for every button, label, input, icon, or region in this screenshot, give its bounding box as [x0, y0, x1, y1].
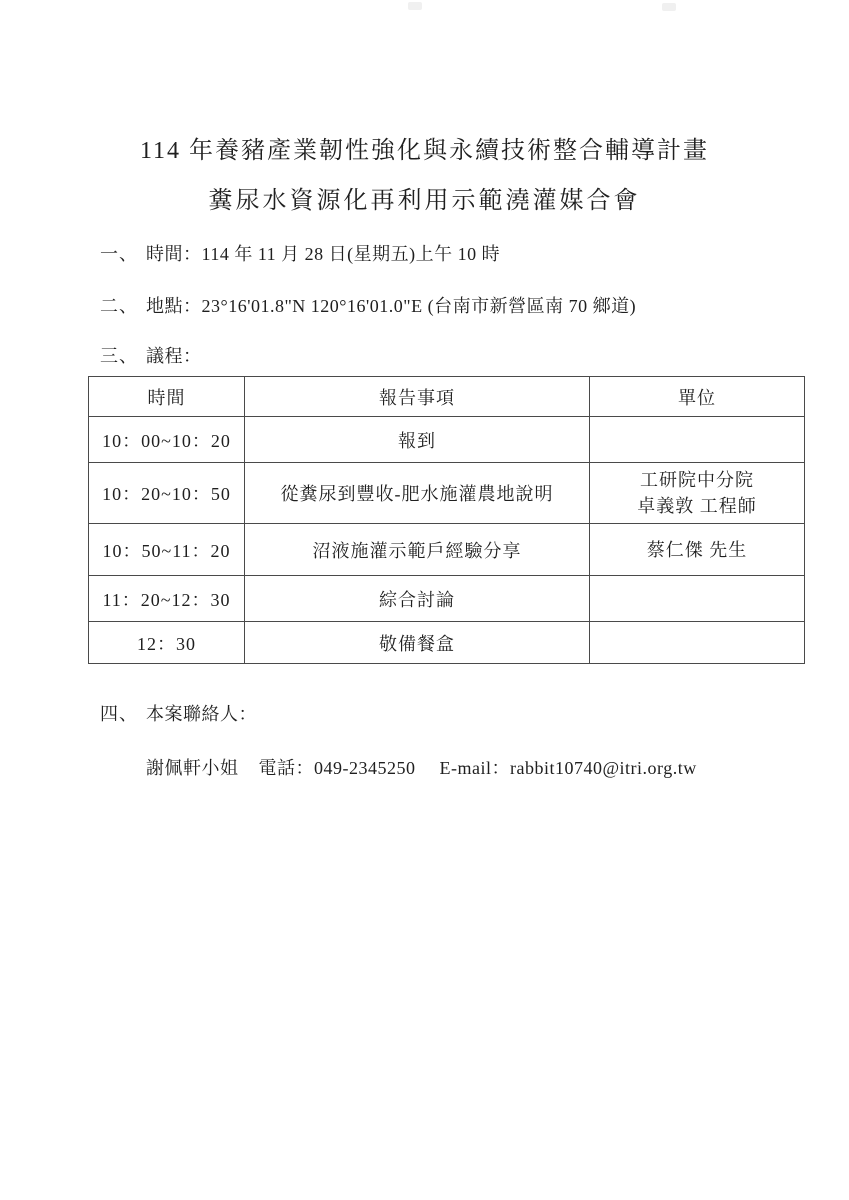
agenda-header-row: 時間 報告事項 單位 — [89, 377, 805, 417]
agenda-cell-unit — [590, 576, 805, 622]
agenda-header-topic: 報告事項 — [245, 377, 590, 417]
item-location: 二、 地點：23°16'01.8"N 120°16'01.0"E (台南市新營區… — [100, 294, 849, 318]
agenda-header-unit: 單位 — [590, 377, 805, 417]
contact-name: 謝佩軒小姐 — [146, 758, 239, 778]
agenda-cell-time: 10：50~11：20 — [89, 524, 245, 576]
agenda-cell-topic: 敬備餐盒 — [245, 622, 590, 664]
document-subtitle: 糞尿水資源化再利用示範澆灌媒合會 — [30, 186, 819, 216]
contact-email: E-mail：rabbit10740@itri.org.tw — [440, 758, 697, 778]
agenda-cell-topic: 綜合討論 — [245, 576, 590, 622]
agenda-cell-unit — [590, 622, 805, 664]
agenda-unit-line: 工研院中分院 — [594, 467, 800, 493]
document-page: 114 年養豬產業韌性強化與永續技術整合輔導計畫 糞尿水資源化再利用示範澆灌媒合… — [0, 0, 849, 1200]
agenda-unit-line: 蔡仁傑 先生 — [594, 537, 800, 563]
item-agenda: 三、 議程： — [100, 344, 849, 368]
agenda-cell-time: 11：20~12：30 — [89, 576, 245, 622]
agenda-row: 12：30敬備餐盒 — [89, 622, 805, 664]
item-label: 時間：114 年 11 月 28 日(星期五)上午 10 時 — [146, 242, 500, 266]
item-time: 一、 時間：114 年 11 月 28 日(星期五)上午 10 時 — [100, 242, 849, 266]
item-contact: 四、 本案聯絡人： — [100, 702, 849, 726]
item-label: 地點：23°16'01.8"N 120°16'01.0"E (台南市新營區南 7… — [146, 294, 636, 318]
agenda-table: 時間 報告事項 單位 10：00~10：20報到10：20~10：50從糞尿到豐… — [88, 376, 805, 664]
item-number: 四、 — [100, 702, 146, 726]
agenda-row: 11：20~12：30綜合討論 — [89, 576, 805, 622]
item-number: 一、 — [100, 242, 146, 266]
agenda-unit-line: 卓義敦 工程師 — [594, 493, 800, 519]
agenda-cell-time: 10：00~10：20 — [89, 417, 245, 463]
item-label: 本案聯絡人： — [146, 702, 257, 726]
agenda-cell-time: 10：20~10：50 — [89, 463, 245, 524]
contact-line: 謝佩軒小姐電話：049-2345250E-mail：rabbit10740@it… — [146, 756, 849, 780]
contact-phone: 電話：049-2345250 — [259, 758, 416, 778]
item-number: 三、 — [100, 344, 146, 368]
agenda-cell-topic: 從糞尿到豐收-肥水施灌農地說明 — [245, 463, 590, 524]
agenda-cell-unit: 蔡仁傑 先生 — [590, 524, 805, 576]
agenda-row: 10：00~10：20報到 — [89, 417, 805, 463]
scan-artifact — [408, 2, 422, 10]
agenda-cell-time: 12：30 — [89, 622, 245, 664]
agenda-row: 10：50~11：20沼液施灌示範戶經驗分享蔡仁傑 先生 — [89, 524, 805, 576]
agenda-cell-topic: 報到 — [245, 417, 590, 463]
scan-artifact — [662, 3, 676, 11]
agenda-cell-unit — [590, 417, 805, 463]
agenda-cell-topic: 沼液施灌示範戶經驗分享 — [245, 524, 590, 576]
agenda-header-time: 時間 — [89, 377, 245, 417]
item-number: 二、 — [100, 294, 146, 318]
item-label: 議程： — [146, 344, 202, 368]
document-title: 114 年養豬產業韌性強化與永續技術整合輔導計畫 — [30, 136, 819, 166]
agenda-cell-unit: 工研院中分院卓義敦 工程師 — [590, 463, 805, 524]
agenda-row: 10：20~10：50從糞尿到豐收-肥水施灌農地說明工研院中分院卓義敦 工程師 — [89, 463, 805, 524]
